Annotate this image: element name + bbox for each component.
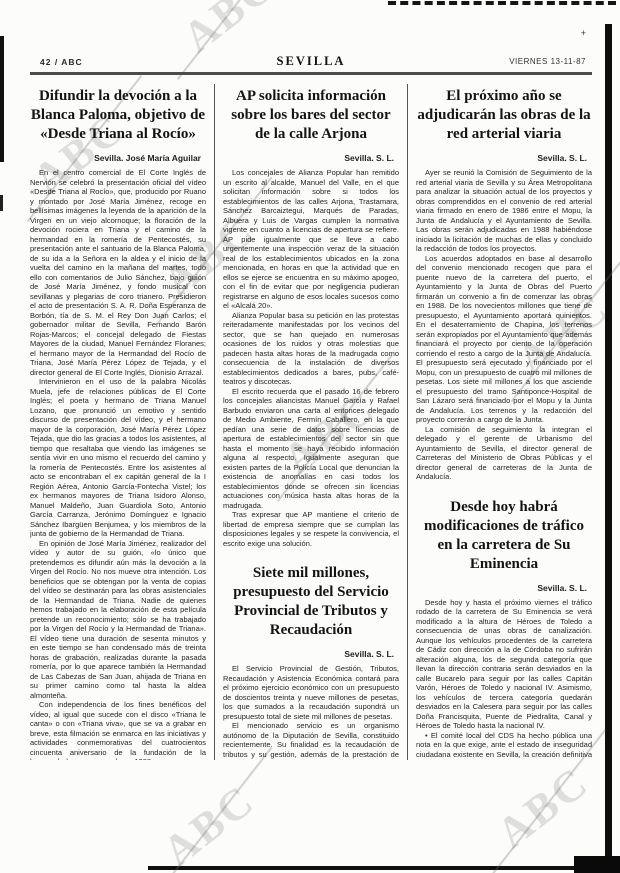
article-headline: Difundir la devoción a la Blanca Paloma,… xyxy=(30,87,206,144)
article-trafico-su-eminencia: Desde hoy habrá modificaciones de tráfic… xyxy=(416,498,592,761)
abc-watermark: ABC xyxy=(487,756,599,859)
article-headline: Desde hoy habrá modificaciones de tráfic… xyxy=(416,498,592,574)
article-paragraph: Alianza Popular basa su petición en las … xyxy=(223,311,399,387)
article-byline: Sevilla. S. L. xyxy=(223,153,394,163)
edition-date: VIERNES 13-11-87 xyxy=(509,57,586,66)
article-paragraph: Tras expresar que AP mantiene el criteri… xyxy=(223,510,399,548)
article-presupuesto-tributos: Siete mil millones, presupuesto del Serv… xyxy=(223,564,399,760)
newspaper-column-1: Difundir la devoción a la Blanca Paloma,… xyxy=(30,84,214,760)
article-paragraph: Los acuerdos adoptados en base al desarr… xyxy=(416,254,592,425)
abc-watermark: ABC xyxy=(153,774,265,873)
article-paragraph: En el centro comercial de El Corte Inglé… xyxy=(30,168,206,377)
page-header: 42 / ABC SEVILLA VIERNES 13-11-87 xyxy=(30,54,592,70)
article-bares-arjona: AP solicita información sobre los bares … xyxy=(223,87,399,548)
article-byline: Sevilla. S. L. xyxy=(416,583,587,593)
section-title: SEVILLA xyxy=(30,54,592,69)
article-paragraph: El escrito recuerda que el pasado 16 de … xyxy=(223,387,399,511)
article-paragraph: Con independencia de los fines benéficos… xyxy=(30,700,206,760)
article-byline: Sevilla. S. L. xyxy=(223,649,394,659)
scan-artifact-right-bar xyxy=(605,24,612,868)
article-paragraph: Intervinieron en el uso de la palabra Ni… xyxy=(30,377,206,539)
article-headline: Siete mil millones, presupuesto del Serv… xyxy=(223,564,399,640)
article-paragraph: Los concejales de Alianza Popular han re… xyxy=(223,168,399,311)
article-byline: Sevilla. José María Aguilar xyxy=(30,153,201,163)
registration-mark: + xyxy=(581,28,586,38)
article-red-arterial: El próximo año se adjudicarán las obras … xyxy=(416,87,592,482)
article-paragraph: La comisión de seguimiento la integran e… xyxy=(416,425,592,482)
scan-artifact-bottom-strip xyxy=(148,866,620,870)
article-blanca-paloma: Difundir la devoción a la Blanca Paloma,… xyxy=(30,87,206,760)
article-byline: Sevilla. S. L. xyxy=(416,153,587,163)
article-headline: El próximo año se adjudicarán las obras … xyxy=(416,87,592,144)
scan-artifact-left-bar-small xyxy=(0,195,3,211)
article-paragraph: Desde hoy y hasta el próximo viernes el … xyxy=(416,598,592,731)
article-paragraph: En opinión de José María Jiménez, realiz… xyxy=(30,539,206,701)
scan-artifact-left-bar xyxy=(0,36,4,162)
scan-artifact-top-dashes xyxy=(388,1,616,5)
article-paragraph: El mencionado servicio es un organismo a… xyxy=(223,721,399,760)
article-paragraph: • El comité local del CDS ha hecho públi… xyxy=(416,731,592,761)
article-paragraph: Ayer se reunió la Comisión de Seguimient… xyxy=(416,168,592,254)
header-rule xyxy=(30,72,592,75)
newspaper-column-3: El próximo año se adjudicarán las obras … xyxy=(407,84,592,760)
scan-artifact-bottom-corner xyxy=(574,856,620,873)
article-paragraph: El Servicio Provincial de Gestión, Tribu… xyxy=(223,664,399,721)
newspaper-column-2: AP solicita información sobre los bares … xyxy=(214,84,407,760)
article-headline: AP solicita información sobre los bares … xyxy=(223,87,399,144)
article-columns: Difundir la devoción a la Blanca Paloma,… xyxy=(30,84,592,760)
newspaper-page: + ABC ABC ABC ABC ABC ABC ABC 42 / ABC S… xyxy=(0,0,620,873)
